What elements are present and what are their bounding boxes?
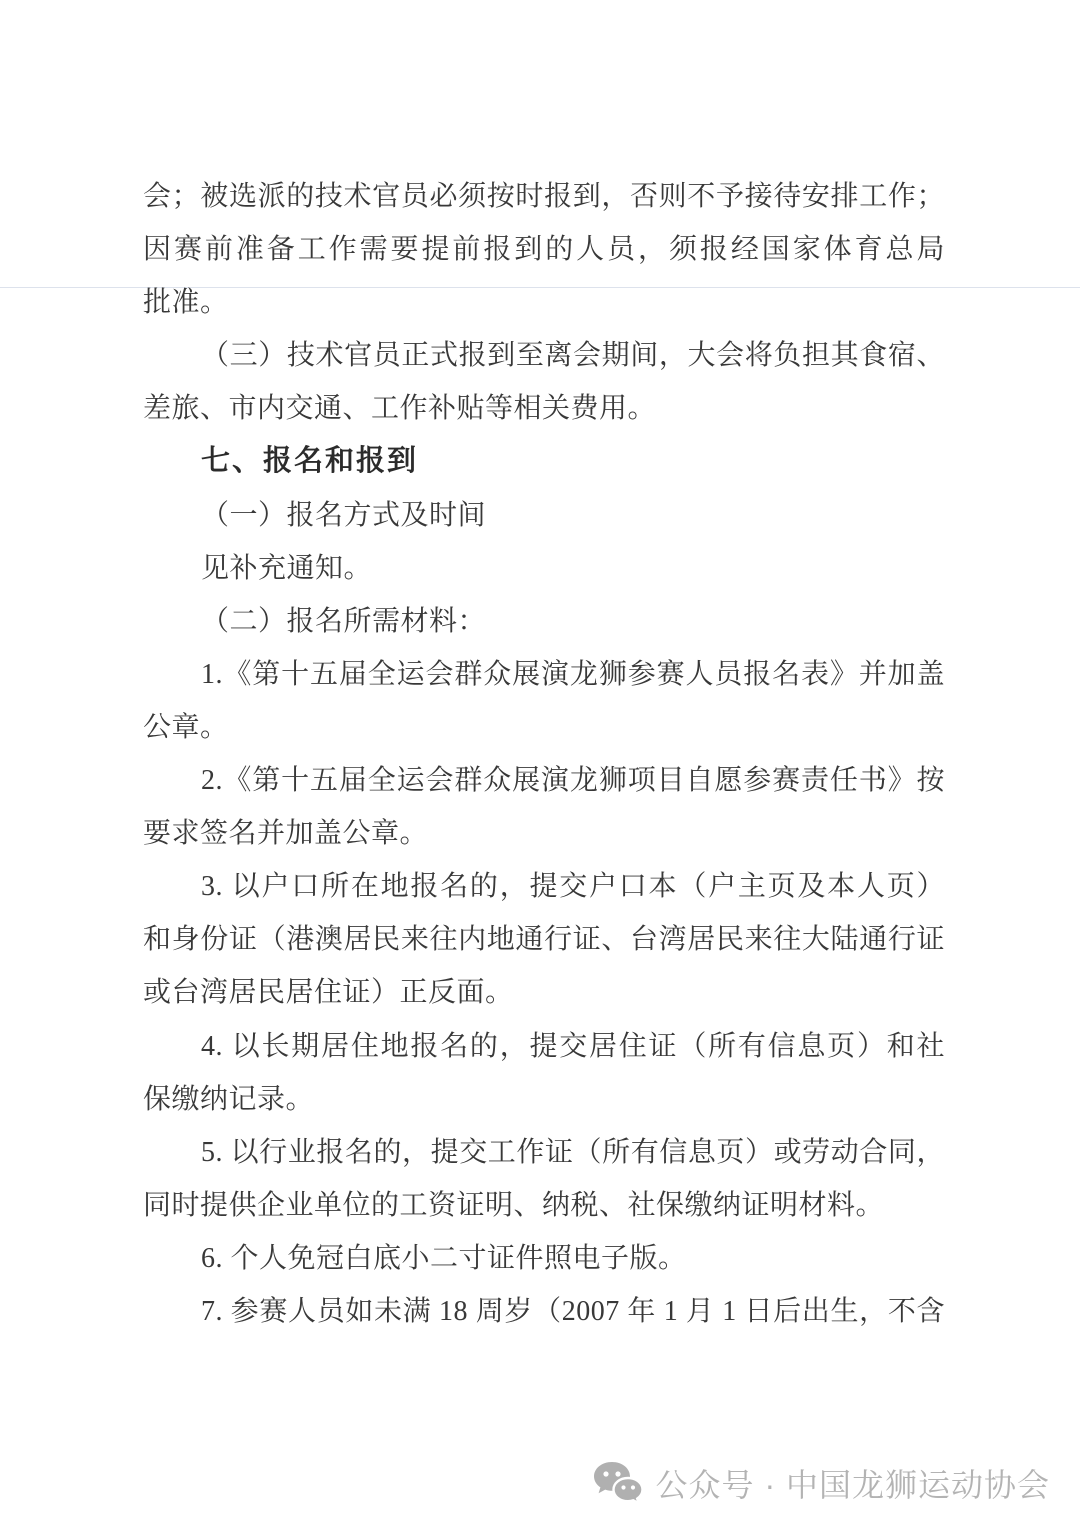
text-line: 3. 以户口所在地报名的，提交户口本（户主页及本人页） [143,860,945,913]
text-line: 6. 个人免冠白底小二寸证件照电子版。 [143,1232,945,1285]
text-line: 或台湾居民居住证）正反面。 [143,966,945,1019]
text-line: 公章。 [143,701,945,754]
text-line: 5. 以行业报名的，提交工作证（所有信息页）或劳动合同， [143,1126,945,1179]
footer-watermark: 公众号 · 中国龙狮运动协会 [592,1458,1050,1508]
section-heading: 七、报名和报到 [143,435,945,488]
wechat-icon [592,1460,644,1506]
text-line: 见补充通知。 [143,542,945,595]
document-page: 会；被选派的技术官员必须按时报到，否则不予接待安排工作；因赛前准备工作需要提前报… [0,0,1080,1528]
text-block: 会；被选派的技术官员必须按时报到，否则不予接待安排工作；因赛前准备工作需要提前报… [143,170,945,1338]
text-line: 和身份证（港澳居民来往内地通行证、台湾居民来往大陆通行证 [143,913,945,966]
text-line: 同时提供企业单位的工资证明、纳税、社保缴纳证明材料。 [143,1179,945,1232]
text-line: （一）报名方式及时间 [143,489,945,542]
text-line: 2.《第十五届全运会群众展演龙狮项目自愿参赛责任书》按 [143,754,945,807]
text-line: 1.《第十五届全运会群众展演龙狮参赛人员报名表》并加盖 [143,648,945,701]
text-line: （二）报名所需材料： [143,595,945,648]
text-line: 要求签名并加盖公章。 [143,807,945,860]
text-line: 保缴纳记录。 [143,1073,945,1126]
text-line: 7. 参赛人员如未满 18 周岁（2007 年 1 月 1 日后出生，不含 [143,1285,945,1338]
text-line: （三）技术官员正式报到至离会期间，大会将负担其食宿、 [143,329,945,382]
text-line: 因赛前准备工作需要提前报到的人员，须报经国家体育总局 [143,223,945,276]
text-line: 4. 以长期居住地报名的，提交居住证（所有信息页）和社 [143,1020,945,1073]
text-line: 差旅、市内交通、工作补贴等相关费用。 [143,382,945,435]
footer-label: 公众号 · 中国龙狮运动协会 [656,1460,1050,1506]
text-line: 批准。 [143,276,945,329]
text-line: 会；被选派的技术官员必须按时报到，否则不予接待安排工作； [143,170,945,223]
